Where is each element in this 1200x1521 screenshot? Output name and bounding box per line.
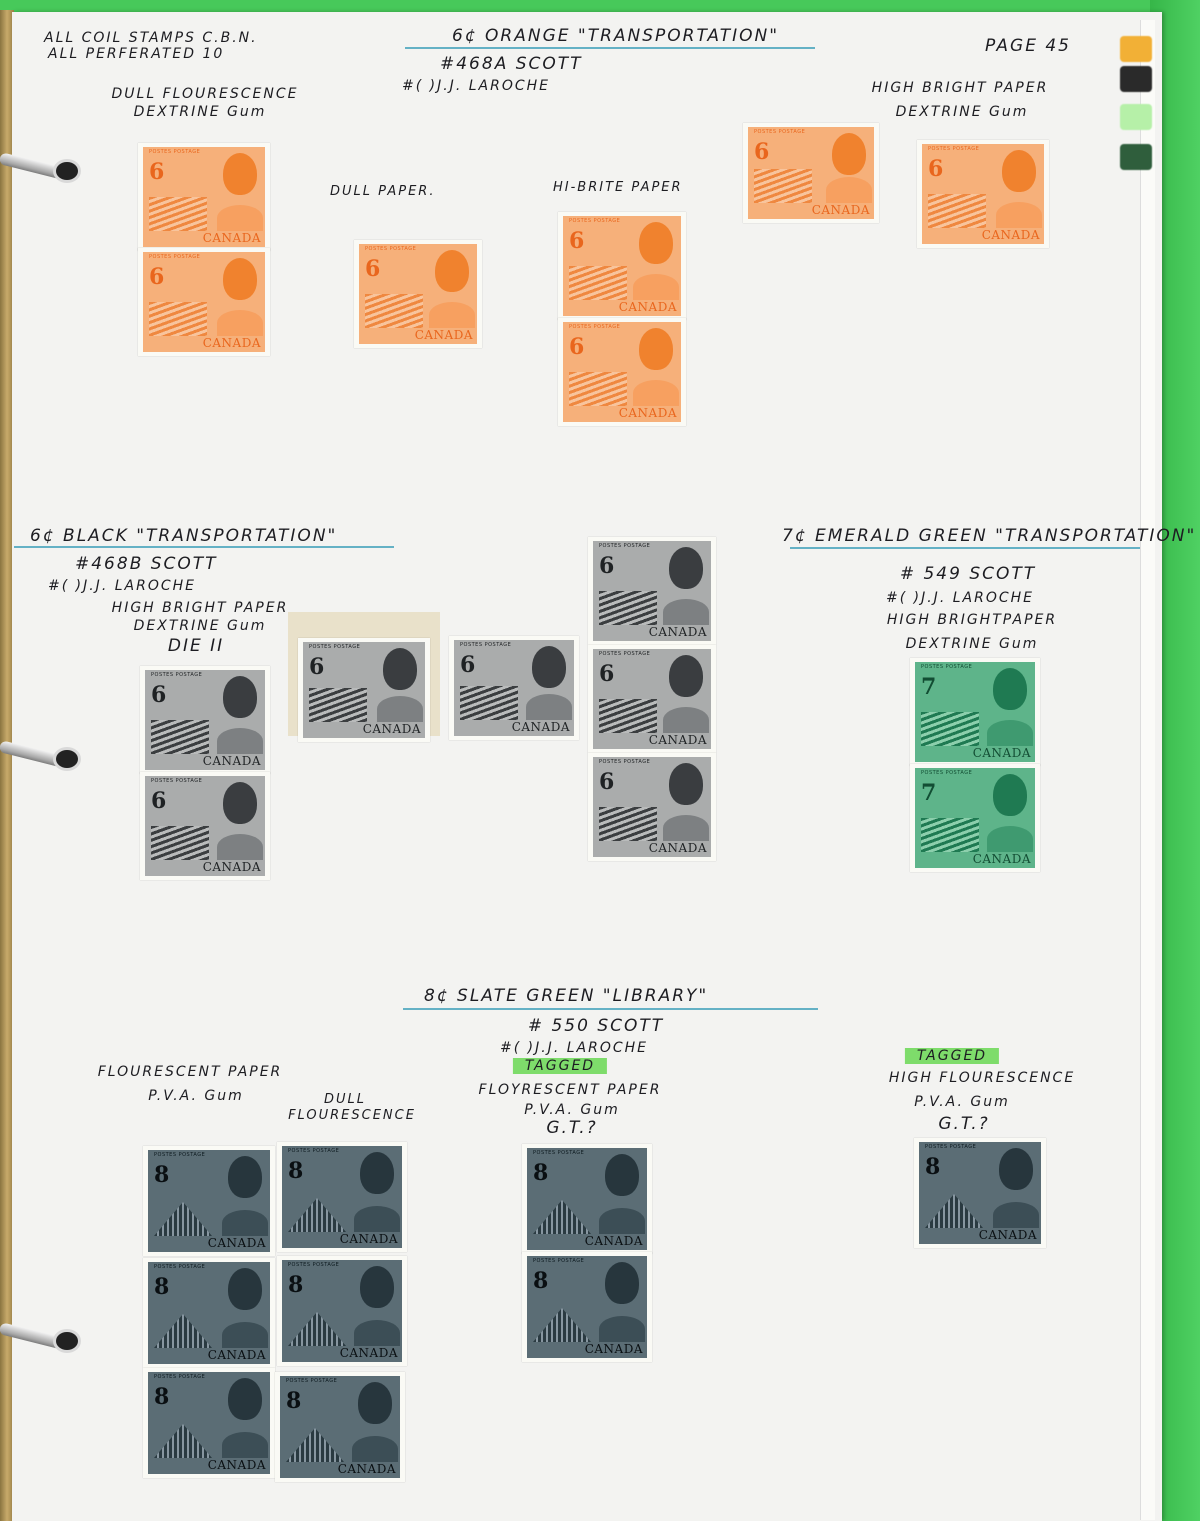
stamp-6c-orange[interactable]: POSTES POSTAGE6CANADA (138, 143, 270, 251)
laroche-number: #( )J.J. LAROCHE (886, 590, 1034, 606)
title-underline (405, 47, 815, 49)
stamp-8c-slate-green[interactable]: POSTES POSTAGE8CANADA (914, 1138, 1046, 1248)
group-note: FLOYRESCENT PAPER (479, 1082, 662, 1098)
group-note: P.V.A. Gum (914, 1094, 1009, 1110)
stamp-6c-black[interactable]: POSTES POSTAGE6CANADA (588, 753, 716, 861)
stamp-6c-black[interactable]: POSTES POSTAGE6CANADA (140, 666, 270, 774)
group-note: DEXTRINE Gum (134, 104, 267, 120)
stamp-6c-black[interactable]: POSTES POSTAGE6CANADA (588, 537, 716, 645)
header-note-line-1: ALL COIL STAMPS C.B.N. (44, 30, 258, 46)
scott-number: # 550 SCOTT (528, 1016, 664, 1036)
stamp-6c-black[interactable]: POSTES POSTAGE6CANADA (140, 772, 270, 880)
stamp-6c-orange[interactable]: POSTES POSTAGE6CANADA (743, 123, 879, 223)
stamp-8c-slate-green[interactable]: POSTES POSTAGE8CANADA (277, 1256, 407, 1366)
binder-ring-icon (0, 728, 80, 772)
group-note: G.T.? (938, 1114, 989, 1134)
group-note: HI-BRITE PAPER (553, 180, 683, 195)
color-swatch-light-green (1120, 104, 1152, 130)
group-note: DEXTRINE Gum (134, 618, 267, 634)
header-note-line-2: ALL PERFERATED 10 (48, 46, 224, 62)
color-swatch-black (1120, 66, 1152, 92)
group-note: P.V.A. Gum (148, 1088, 243, 1104)
group-note: HIGH FLOURESCENCE (889, 1070, 1075, 1086)
section-title-6c-orange: 6¢ ORANGE "TRANSPORTATION" (452, 26, 779, 46)
stamp-8c-slate-green[interactable]: POSTES POSTAGE8CANADA (143, 1368, 275, 1478)
stamp-8c-slate-green[interactable]: POSTES POSTAGE8CANADA (275, 1372, 405, 1482)
color-swatch-orange (1120, 36, 1152, 62)
stamp-6c-orange[interactable]: POSTES POSTAGE6CANADA (558, 318, 686, 426)
title-underline (790, 547, 1140, 549)
group-note: DULL (324, 1092, 366, 1107)
group-note: HIGH BRIGHT PAPER (872, 80, 1049, 96)
stamp-6c-black[interactable]: POSTES POSTAGE6CANADA (298, 638, 430, 742)
group-note: P.V.A. Gum (524, 1102, 619, 1118)
section-title-7c-emerald-green: 7¢ EMERALD GREEN "TRANSPORTATION" (782, 526, 1196, 546)
group-note: DULL PAPER. (330, 184, 435, 199)
stamp-6c-orange[interactable]: POSTES POSTAGE6CANADA (558, 212, 686, 320)
group-note: DEXTRINE Gum (896, 104, 1029, 120)
die-note: DIE II (168, 636, 224, 656)
scott-number: #468A SCOTT (440, 54, 583, 74)
stamp-8c-slate-green[interactable]: POSTES POSTAGE8CANADA (277, 1142, 407, 1252)
stamp-6c-black[interactable]: POSTES POSTAGE6CANADA (588, 645, 716, 753)
section-title-6c-black: 6¢ BLACK "TRANSPORTATION" (30, 526, 337, 546)
tagged-label: TAGGED (513, 1058, 607, 1074)
page-edge (1140, 20, 1155, 1520)
scott-number: #468B SCOTT (75, 554, 218, 574)
stamp-8c-slate-green[interactable]: POSTES POSTAGE8CANADA (522, 1252, 652, 1362)
stamp-8c-slate-green[interactable]: POSTES POSTAGE8CANADA (143, 1258, 275, 1368)
laroche-number: #( )J.J. LAROCHE (500, 1040, 648, 1056)
tagged-label: TAGGED (905, 1048, 999, 1064)
binder-ring-icon (0, 1310, 80, 1354)
stamp-6c-black[interactable]: POSTES POSTAGE6CANADA (449, 636, 579, 740)
group-note: DEXTRINE Gum (906, 636, 1039, 652)
stamp-7c-emerald-green[interactable]: POSTES POSTAGE7CANADA (910, 764, 1040, 872)
group-note: DULL FLOURESCENCE (112, 86, 299, 102)
stamp-7c-emerald-green[interactable]: POSTES POSTAGE7CANADA (910, 658, 1040, 766)
scott-number: # 549 SCOTT (900, 564, 1036, 584)
stamp-8c-slate-green[interactable]: POSTES POSTAGE8CANADA (522, 1144, 652, 1254)
title-underline (403, 1008, 818, 1010)
section-title-8c-slate-green: 8¢ SLATE GREEN "LIBRARY" (424, 986, 708, 1006)
page-number: PAGE 45 (985, 36, 1071, 56)
binder-ring-icon (0, 140, 80, 184)
group-note: HIGH BRIGHTPAPER (887, 612, 1057, 628)
laroche-number: #( )J.J. LAROCHE (48, 578, 196, 594)
stamp-6c-orange[interactable]: POSTES POSTAGE6CANADA (917, 140, 1049, 248)
stamp-6c-orange[interactable]: POSTES POSTAGE6CANADA (138, 248, 270, 356)
stamp-8c-slate-green[interactable]: POSTES POSTAGE8CANADA (143, 1146, 275, 1256)
title-underline (14, 546, 394, 548)
group-note: HIGH BRIGHT PAPER (112, 600, 289, 616)
stamp-6c-orange[interactable]: POSTES POSTAGE6CANADA (354, 240, 482, 348)
laroche-number: #( )J.J. LAROCHE (402, 78, 550, 94)
color-swatch-dark-green (1120, 144, 1152, 170)
group-note: FLOURESCENT PAPER (98, 1064, 283, 1080)
group-note: G.T.? (546, 1118, 597, 1138)
group-note: FLOURESCENCE (288, 1108, 416, 1123)
